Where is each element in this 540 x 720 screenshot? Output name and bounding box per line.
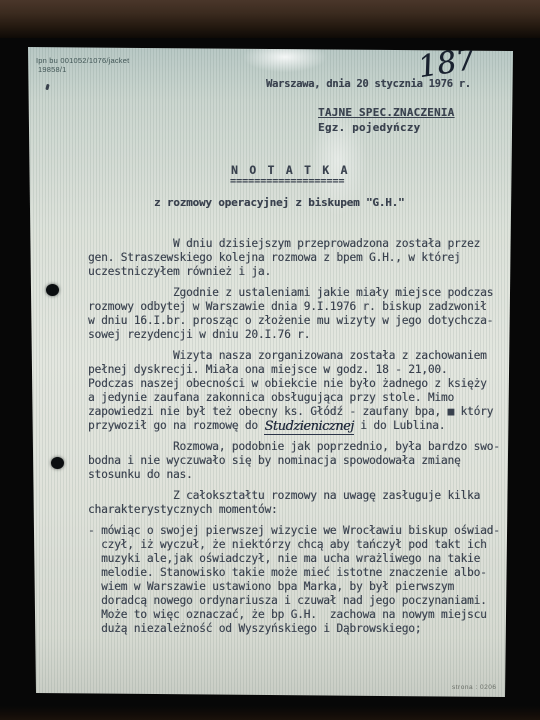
paragraph: Rozmowa, podobnie jak poprzednio, była b…	[88, 440, 518, 482]
typewritten-line: przywoził go na rozmowę do Studzieniczne…	[88, 419, 518, 433]
document-page: Ipn bu 001052/1076/jacket 19858/1 Warsza…	[0, 0, 540, 720]
typewritten-line: stosunku do nas.	[88, 468, 518, 482]
typewritten-line: czył, iż wyczuł, że niektórzy chcą aby t…	[88, 538, 518, 552]
photograph-of-document: Ipn bu 001052/1076/jacket 19858/1 Warsza…	[0, 0, 540, 720]
typewritten-line: Wizyta nasza zorganizowana została z zac…	[88, 349, 518, 363]
typewritten-line: a jedynie zaufana zakonnica obsługująca …	[88, 391, 518, 405]
document-body: W dniu dzisiejszym przeprowadzona został…	[88, 237, 518, 643]
typewritten-line: Może to więc oznaczać, że bp G.H. zachow…	[88, 608, 518, 622]
typewritten-line: Z całokształtu rozmowy na uwagę zasługuj…	[88, 489, 518, 503]
typewritten-line: w dniu 16.I.br. prosząc o złożenie mu wi…	[88, 314, 518, 328]
typewritten-line: W dniu dzisiejszym przeprowadzona został…	[88, 237, 518, 251]
typewritten-line: charakterystycznych momentów:	[88, 503, 518, 517]
typewritten-line: doradcą nowego ordynariusza i czuwał nad…	[88, 594, 518, 608]
typewritten-line: Zgodnie z ustaleniami jakie miały miejsc…	[88, 286, 518, 300]
classification-stamp: TAJNE SPEC.ZNACZENIA	[318, 106, 454, 119]
paragraph: - mówiąc o swojej pierwszej wizycie we W…	[88, 524, 518, 636]
paragraph: Z całokształtu rozmowy na uwagę zasługuj…	[88, 489, 518, 517]
typewritten-line: - mówiąc o swojej pierwszej wizycie we W…	[88, 524, 518, 538]
archival-watermark-line1: Ipn bu 001052/1076/jacket	[36, 56, 129, 65]
scan-page-footer: strona : 0206	[452, 684, 496, 691]
typewritten-line: Podczas naszej obecności w obiekcie nie …	[88, 377, 518, 391]
photo-bottom-band	[0, 706, 540, 720]
paragraph: Wizyta nasza zorganizowana została z zac…	[88, 349, 518, 433]
typewritten-line: sowej rezydencji w dniu 20.I.76 r.	[88, 328, 518, 342]
document-title-underline: ===================	[230, 176, 344, 187]
typewritten-line: uczestniczyłem również i ja.	[88, 265, 518, 279]
ink-fleck	[45, 84, 49, 91]
typewritten-line: melodie. Stanowisko takie może mieć isto…	[88, 566, 518, 580]
typewritten-line: bodna i nie wyczuwało się by nominacja s…	[88, 454, 518, 468]
typewritten-line: dużą niezależność od Wyszyńskiego i Dąbr…	[88, 622, 518, 636]
typewritten-line: gen. Straszewskiego kolejna rozmowa z bp…	[88, 251, 518, 265]
document-subtitle: z rozmowy operacyjnej z biskupem "G.H."	[154, 196, 404, 209]
paragraph: Zgodnie z ustaleniami jakie miały miejsc…	[88, 286, 518, 342]
hole-punch-top	[46, 284, 59, 296]
hole-punch-bottom	[51, 457, 64, 469]
handwritten-place-name: Studzienicznej	[264, 419, 353, 435]
archival-watermark-line2: 19858/1	[38, 65, 67, 74]
typewritten-line: muzyki ale,jak oświadczył, nie ma ucha w…	[88, 552, 518, 566]
photo-top-band	[0, 0, 540, 38]
typewritten-line: Rozmowa, podobnie jak poprzednio, była b…	[88, 440, 518, 454]
document-title: N O T A T K A	[231, 163, 350, 177]
copy-note: Egz. pojedyńczy	[318, 121, 420, 134]
paragraph: W dniu dzisiejszym przeprowadzona został…	[88, 237, 518, 279]
typewritten-line: rozmowy odbytej w Warszawie dnia 9.I.197…	[88, 300, 518, 314]
typewritten-line: pełnej dyskrecji. Miała ona miejsce w go…	[88, 363, 518, 377]
typewritten-line: zapowiedzi nie był też obecny ks. Głódź …	[88, 405, 518, 419]
typewritten-line: wiem w Warszawie ustawiono bpa Marka, by…	[88, 580, 518, 594]
